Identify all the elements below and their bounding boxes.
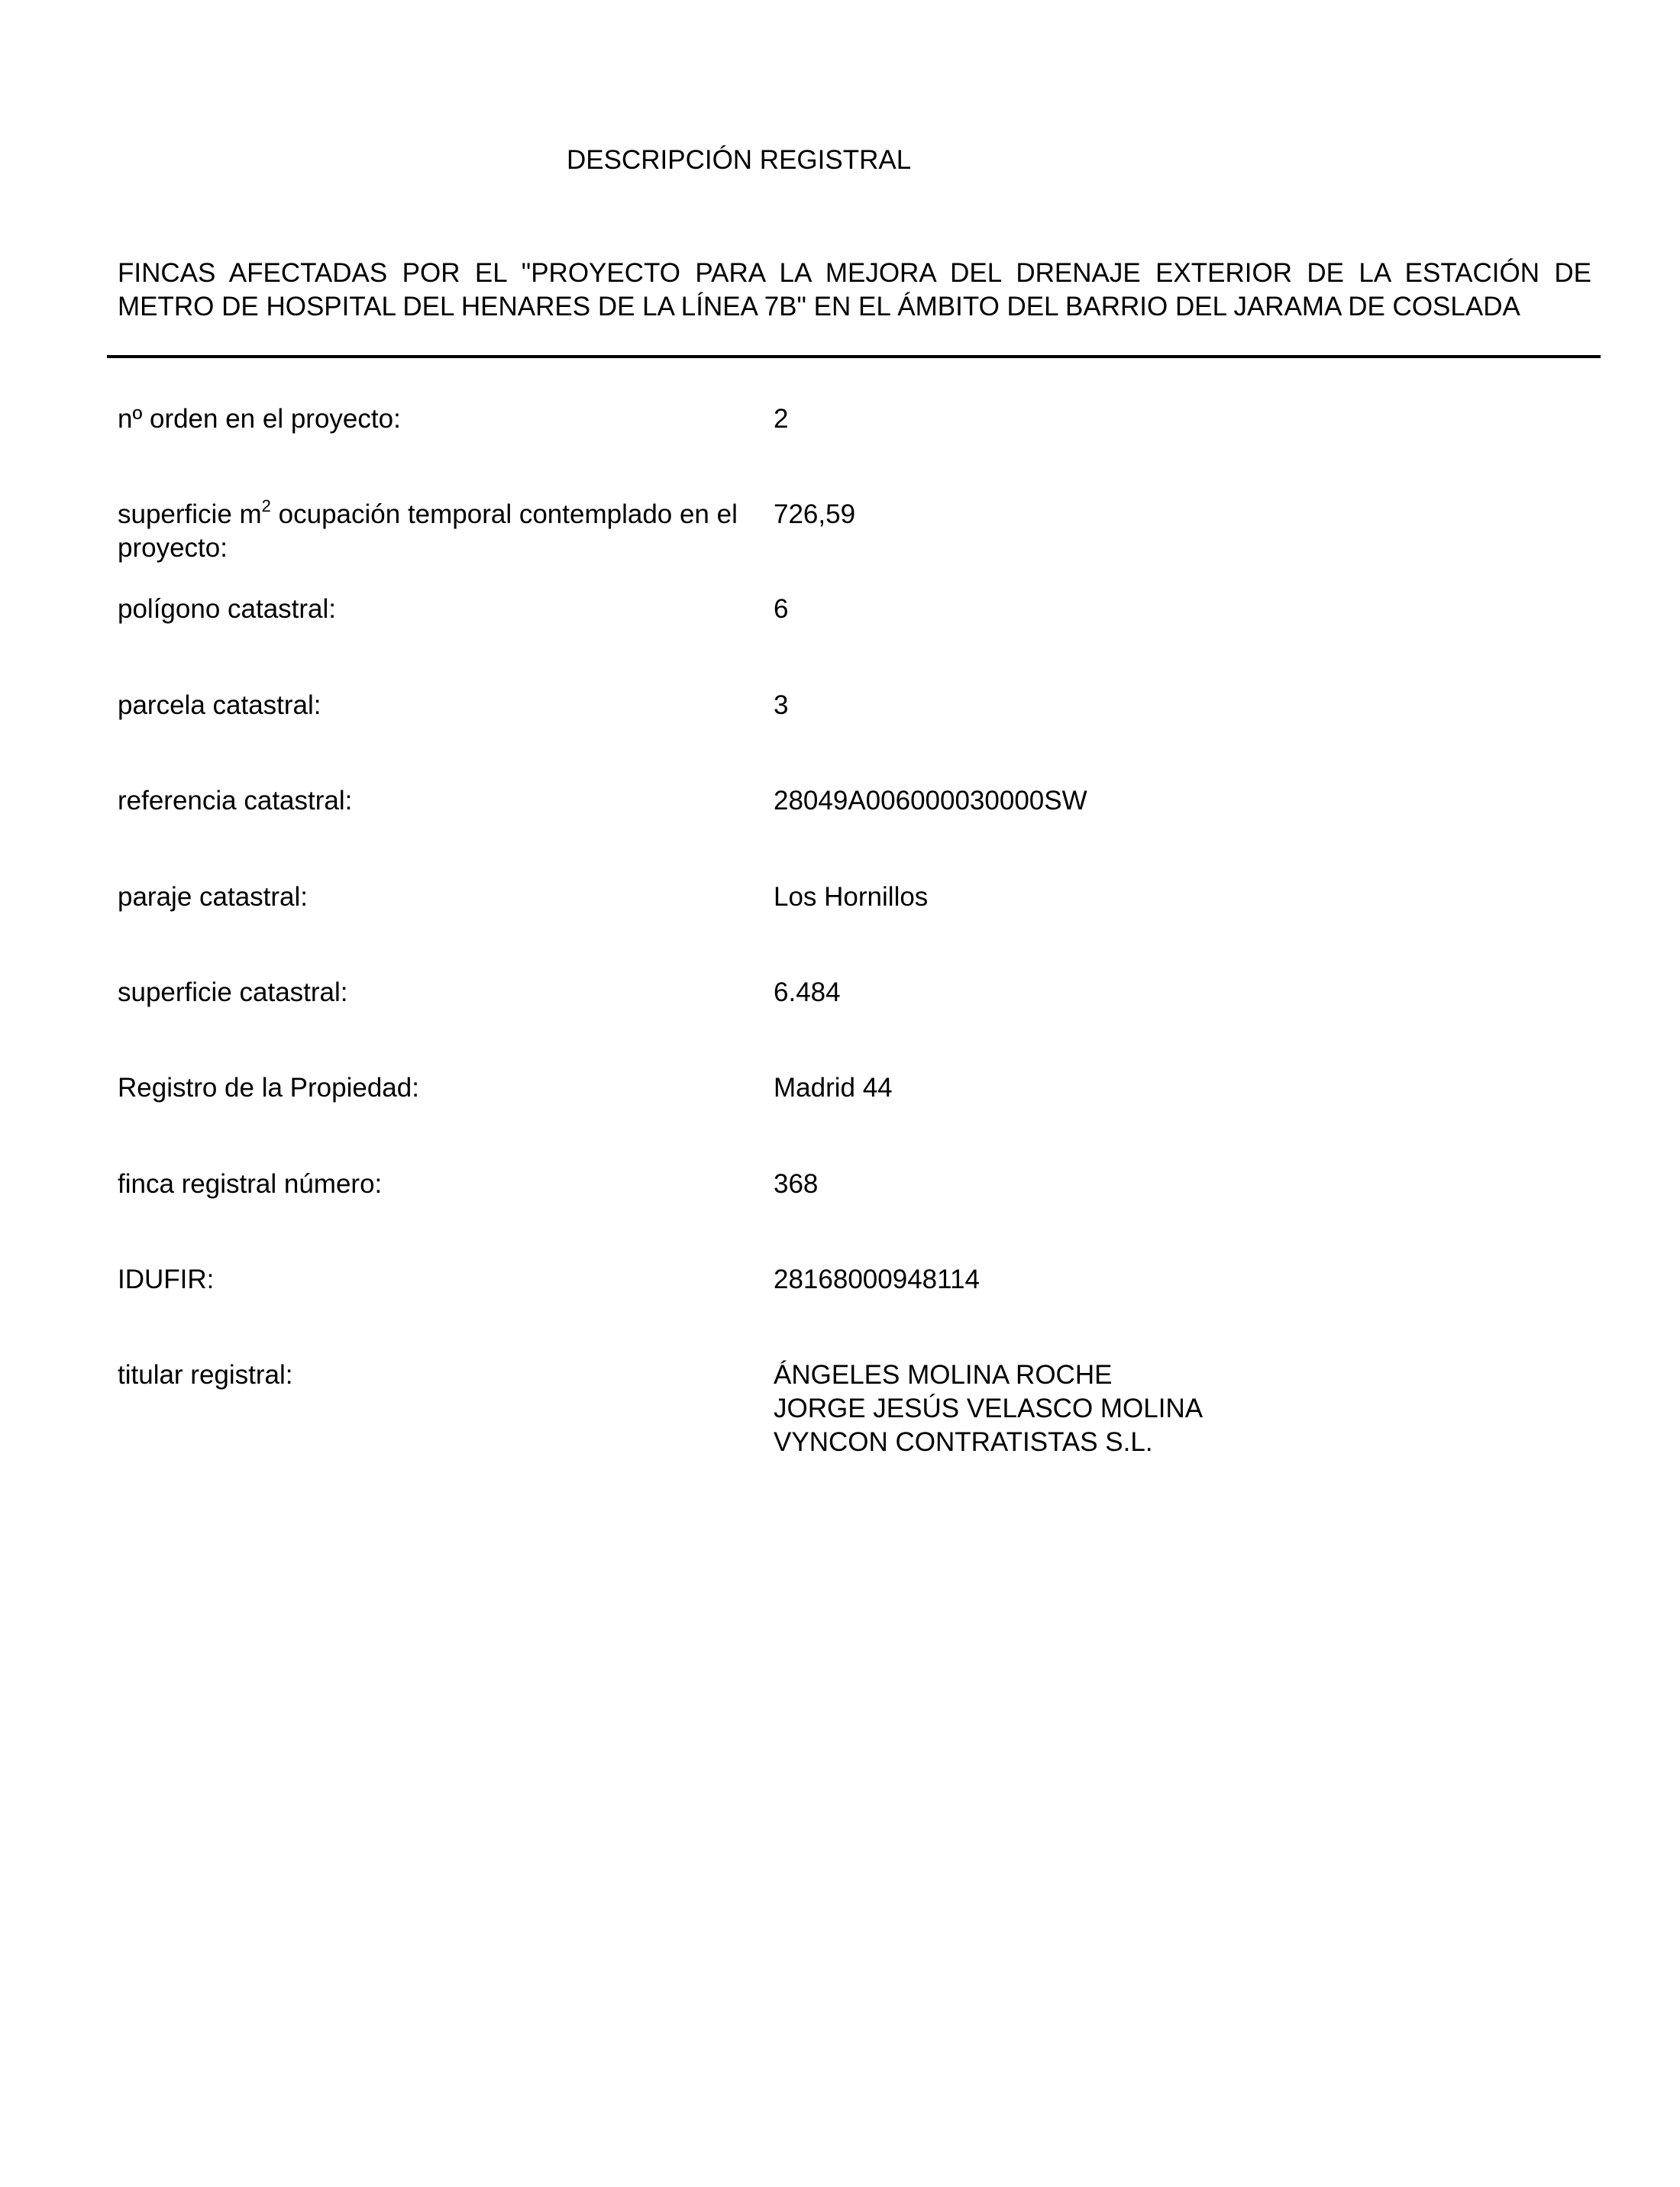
titular-name: VYNCON CONTRATISTAS S.L. [774,1426,1203,1459]
field-label: finca registral número: [118,1168,744,1201]
field-value: Madrid 44 [774,1071,893,1105]
field-value: 6 [774,593,788,626]
titular-name: JORGE JESÚS VELASCO MOLINA [774,1392,1203,1426]
document-title: DESCRIPCIÓN REGISTRAL [567,145,911,176]
field-label: superficie m2 ocupación temporal contemp… [118,498,744,565]
field-value: 2 [774,402,788,436]
field-label: parcela catastral: [118,689,744,722]
field-value-list: ÁNGELES MOLINA ROCHE JORGE JESÚS VELASCO… [774,1358,1203,1459]
field-value: 6.484 [774,976,841,1010]
field-label: titular registral: [118,1358,744,1392]
field-label: polígono catastral: [118,593,744,626]
field-label: superficie catastral: [118,976,744,1010]
field-value: 368 [774,1168,818,1201]
heading-divider [107,355,1601,358]
field-value: 3 [774,689,788,722]
document-heading: FINCAS AFECTADAS POR EL "PROYECTO PARA L… [118,257,1591,324]
field-value: 28049A006000030000SW [774,784,1087,818]
titular-name: ÁNGELES MOLINA ROCHE [774,1358,1203,1392]
field-label: IDUFIR: [118,1263,744,1297]
field-label: paraje catastral: [118,880,744,914]
field-label: nº orden en el proyecto: [118,402,744,436]
field-label: Registro de la Propiedad: [118,1071,744,1105]
field-value: 726,59 [774,498,855,531]
superscript: 2 [262,496,271,515]
field-value: 28168000948114 [774,1263,980,1297]
field-label: referencia catastral: [118,784,744,818]
field-value: Los Hornillos [774,880,928,914]
